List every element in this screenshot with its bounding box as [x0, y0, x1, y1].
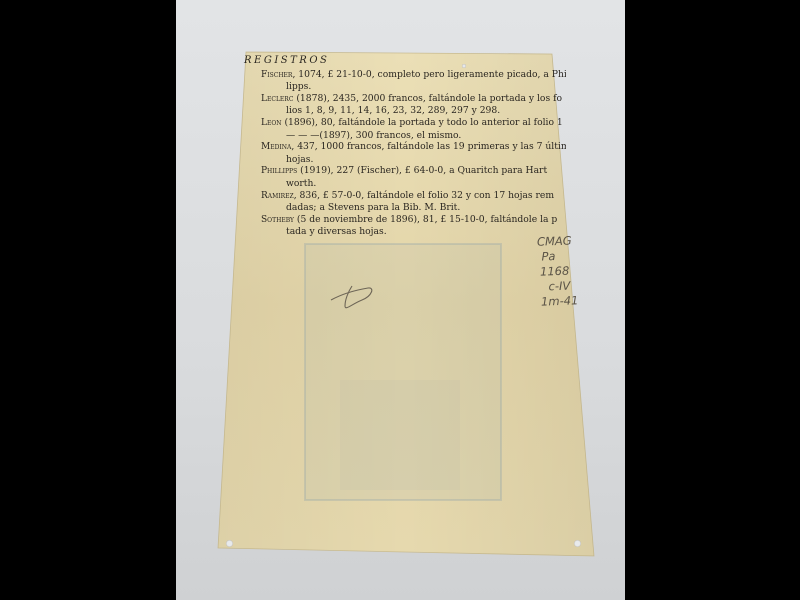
- entry-continuation: — — —(1897), 300 francos, el mismo.: [286, 130, 566, 142]
- entry-continuation: tada y diversas hojas.: [286, 226, 566, 238]
- entry-name: Ramirez: [261, 191, 294, 201]
- entry-continuation: lipps.: [286, 81, 566, 93]
- entry-continuation: dadas; a Stevens para la Bib. M. Brit.: [286, 202, 566, 214]
- registry-entry: Phillipps (1919), 227 (Fischer), £ 64-0-…: [246, 165, 566, 189]
- entry-text: (5 de noviembre de 1896), 81, £ 15-10-0,…: [294, 214, 557, 225]
- note-line: 1168: [538, 263, 578, 279]
- entry-continuation: worth.: [286, 178, 566, 190]
- registry-entry: Sotheby (5 de noviembre de 1896), 81, £ …: [246, 214, 566, 238]
- entry-continuation: lios 1, 8, 9, 11, 14, 16, 23, 32, 289, 2…: [286, 105, 566, 117]
- entry-text: , 1074, £ 21-10-0, completo pero ligeram…: [292, 69, 566, 80]
- registry-entry: Ramirez, 836, £ 57-0-0, faltándole el fo…: [246, 190, 566, 214]
- punch-hole-icon: [462, 64, 466, 68]
- entry-text: , 437, 1000 francos, faltándole las 19 p…: [291, 141, 566, 152]
- entry-name: Medina: [261, 142, 291, 152]
- entry-continuation: hojas.: [286, 154, 566, 166]
- entry-name: Sotheby: [261, 215, 294, 225]
- registry-entry: Fischer, 1074, £ 21-10-0, completo pero …: [246, 69, 566, 93]
- note-line: 1m-41: [539, 293, 579, 309]
- registry-entry: Leclerc (1878), 2435, 2000 francos, falt…: [246, 93, 566, 117]
- entry-name: Leon: [261, 118, 282, 128]
- entry-name: Leclerc: [261, 94, 293, 104]
- punch-hole-icon: [226, 540, 233, 547]
- registros-text: REGISTROS Fischer, 1074, £ 21-10-0, comp…: [246, 55, 566, 238]
- note-line: CMAG: [537, 233, 577, 249]
- punch-hole-icon: [574, 540, 581, 547]
- handwritten-note: CMAG Pa 1168 c-IV 1m-41: [537, 233, 579, 309]
- section-header: REGISTROS: [244, 55, 566, 67]
- entry-text: , 836, £ 57-0-0, faltándole el folio 32 …: [294, 190, 554, 201]
- entry-name: Fischer: [261, 70, 292, 80]
- registry-entry: Medina, 437, 1000 francos, faltándole la…: [246, 141, 566, 165]
- note-line: Pa: [537, 248, 577, 264]
- entry-text: (1878), 2435, 2000 francos, faltándole l…: [293, 93, 562, 104]
- entry-name: Phillipps: [261, 166, 297, 176]
- entry-text: (1919), 227 (Fischer), £ 64-0-0, a Quari…: [297, 165, 547, 176]
- note-line: c-IV: [538, 278, 578, 294]
- entry-text: (1896), 80, faltándole la portada y todo…: [282, 117, 563, 128]
- registry-entry: Leon (1896), 80, faltándole la portada y…: [246, 117, 566, 141]
